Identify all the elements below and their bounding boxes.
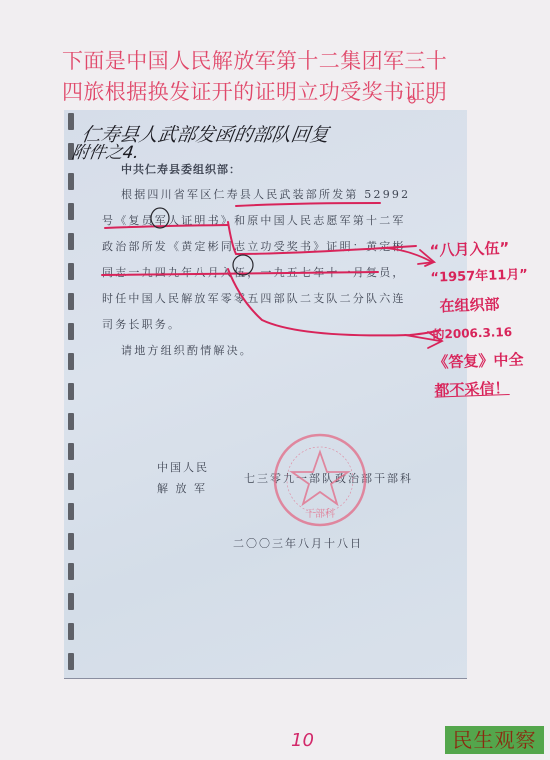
letter-closing: 请地方组织酌情解决。 [121,338,253,364]
header-title-line-2: 四旅根据换发证开的证明立功受奖书证明 [62,77,482,108]
document-paper: 中共仁寿县委组织部： 根据四川省军区仁寿县人民武装部所发第 52992 号《复员… [64,110,467,679]
red-note-line: “八月入伍” [429,233,527,264]
binding-mark [68,473,74,490]
red-note-line: “1957年11月” [430,261,528,292]
binding-mark [68,383,74,400]
binding-mark [68,443,74,460]
binding-mark [68,503,74,520]
header-title: 下面是中国人民解放军第十二集团军三十 四旅根据换发证开的证明立功受奖书证明 [62,46,482,108]
letter-body-line: 时任中国人民解放军零零五四部队二支队二分队六连 [102,286,406,312]
binding-mark [68,173,74,190]
header-title-line-1: 下面是中国人民解放军第十二集团军三十 [62,46,482,77]
binding-mark [68,203,74,220]
red-note-line: 在组织部 [431,289,529,320]
binding-mark [68,653,74,670]
binding-mark [68,533,74,550]
binding-mark [68,233,74,250]
binding-mark [68,353,74,370]
binding-mark [68,293,74,310]
red-note-line: 都不采信！ [434,373,532,404]
letter-addressee: 中共仁寿县委组织部： [121,161,241,177]
handwritten-note-line-2: 附件之4. [70,138,141,163]
letter-body-line: 根据四川省军区仁寿县人民武装部所发第 52992 [121,182,410,208]
red-note-line: 《答复》中全 [433,345,531,376]
page-number: 10 [291,730,314,751]
letter-body-line: 司务长职务。 [102,312,181,338]
signature-org-line-1: 中国人民 [157,459,209,475]
red-handwritten-notes: “八月入伍” “1957年11月” 在组织部 的2006.3.16 《答复》中全… [429,233,532,404]
letter-body-line: 政治部所发《黄定彬同志立功受奖书》证明：黄定彬 [102,234,406,260]
binding-mark [68,563,74,580]
binding-mark [68,593,74,610]
binding-mark [68,113,74,130]
signature-unit: 七三零九一部队政治部干部科 [244,470,413,486]
binding-mark [68,623,74,640]
binding-mark [68,413,74,430]
letter-body-line: 同志一九四九年八月入伍，一九五七年十一月复员， [102,260,406,286]
signature-org-line-2: 解 放 军 [157,480,207,496]
binding-mark [68,323,74,340]
red-note-line: 的2006.3.16 [432,317,530,348]
binding-mark [68,263,74,280]
watermark-badge: 民生观察 [445,726,544,754]
letter-date: 二〇〇三年八月十八日 [233,535,363,551]
letter-body-line: 号《复员军人证明书》和原中国人民志愿军第十二军 [102,208,406,234]
